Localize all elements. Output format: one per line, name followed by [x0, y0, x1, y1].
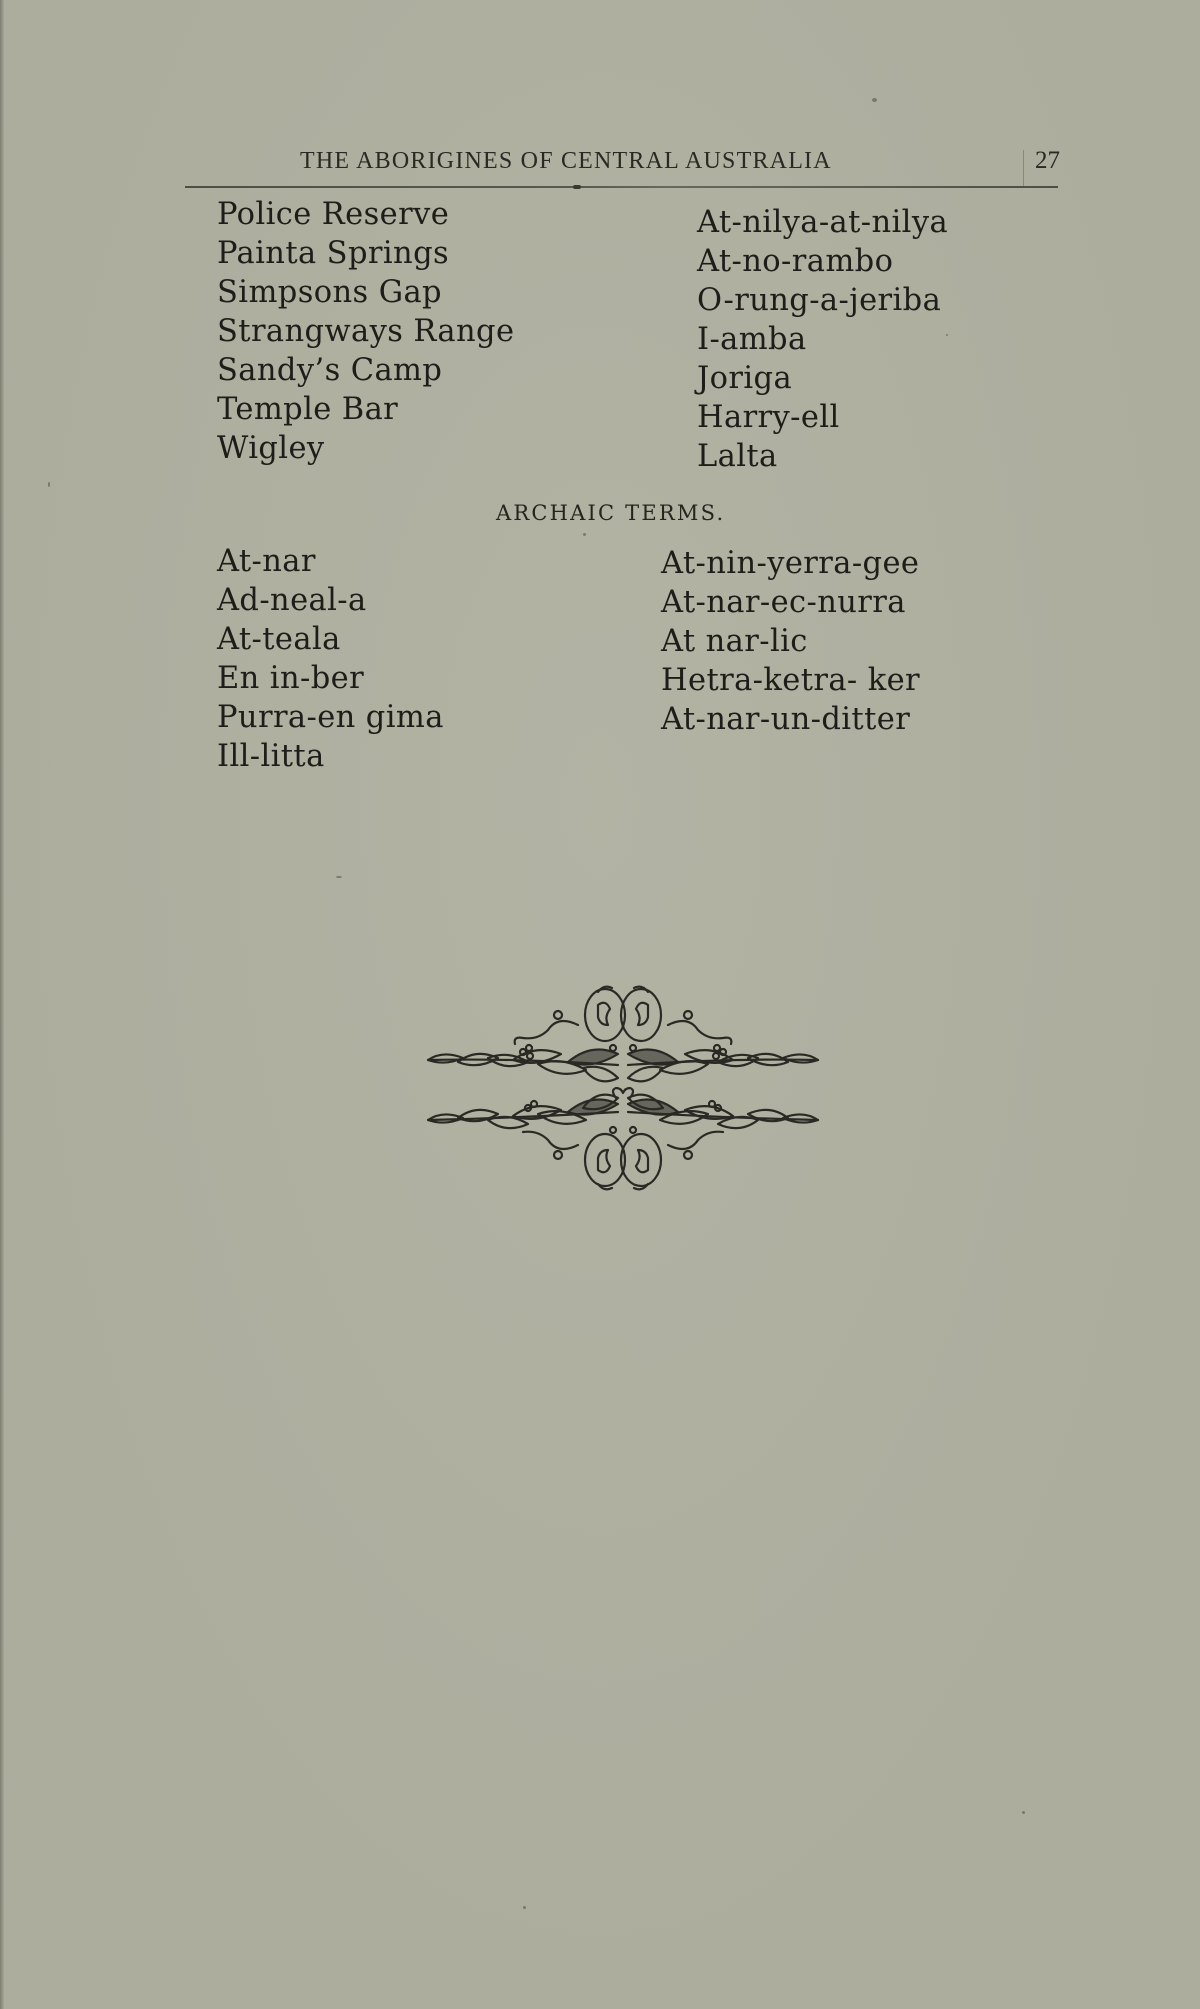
header-rule-mark [573, 185, 581, 189]
archaic-term: At-nar [217, 542, 444, 581]
paper-speck [946, 334, 948, 336]
archaic-term: Purra-en gima [217, 698, 444, 737]
place-name-native: At-no-rambo [697, 242, 948, 281]
place-name-english: Painta Springs [217, 234, 514, 273]
page-gutter-edge [0, 0, 4, 2009]
archaic-terms-heading: ARCHAIC TERMS. [496, 501, 725, 525]
archaic-terms-right-list: At-nin-yerra-gee At-nar-ec-nurra At nar-… [661, 544, 920, 739]
page-number: 27 [1035, 147, 1060, 175]
place-name-english: Police Reserve [217, 195, 514, 234]
archaic-term: At-nin-yerra-gee [661, 544, 920, 583]
running-head: THE ABORIGINES OF CENTRAL AUSTRALIA 27 [185, 142, 1060, 182]
archaic-term: Ill-litta [217, 737, 444, 776]
book-page: THE ABORIGINES OF CENTRAL AUSTRALIA 27 P… [0, 0, 1200, 2009]
page-number-divider [1023, 150, 1024, 186]
paper-speck [523, 1906, 526, 1909]
place-name-english: Wigley [217, 429, 514, 468]
floral-tailpiece-icon [418, 980, 828, 1195]
paper-speck [583, 533, 586, 536]
place-name-native: Lalta [697, 437, 948, 476]
paper-speck [1022, 1811, 1025, 1814]
archaic-term: At-teala [217, 620, 444, 659]
place-name-native: I-amba [697, 320, 948, 359]
header-rule [185, 186, 1058, 188]
place-name-native: At-nilya-at-nilya [697, 203, 948, 242]
place-name-english: Simpsons Gap [217, 273, 514, 312]
place-name-native: O-rung-a-jeriba [697, 281, 948, 320]
paper-speck [872, 98, 877, 102]
archaic-term: En in-ber [217, 659, 444, 698]
place-name-native: Joriga [697, 359, 948, 398]
archaic-term: At-nar-un-ditter [661, 700, 920, 739]
paper-speck [48, 482, 50, 487]
place-names-english-list: Police Reserve Painta Springs Simpsons G… [217, 195, 514, 468]
archaic-terms-left-list: At-nar Ad-neal-a At-teala En in-ber Purr… [217, 542, 444, 776]
place-name-english: Sandy’s Camp [217, 351, 514, 390]
place-names-native-list: At-nilya-at-nilya At-no-rambo O-rung-a-j… [697, 203, 948, 476]
archaic-term: Hetra-ketra- ker [661, 661, 920, 700]
paper-speck [336, 876, 342, 878]
archaic-term: At nar-lic [661, 622, 920, 661]
archaic-term: At-nar-ec-nurra [661, 583, 920, 622]
archaic-term: Ad-neal-a [217, 581, 444, 620]
running-head-title: THE ABORIGINES OF CENTRAL AUSTRALIA [300, 148, 832, 175]
place-name-english: Strangways Range [217, 312, 514, 351]
place-name-native: Harry-ell [697, 398, 948, 437]
place-name-english: Temple Bar [217, 390, 514, 429]
